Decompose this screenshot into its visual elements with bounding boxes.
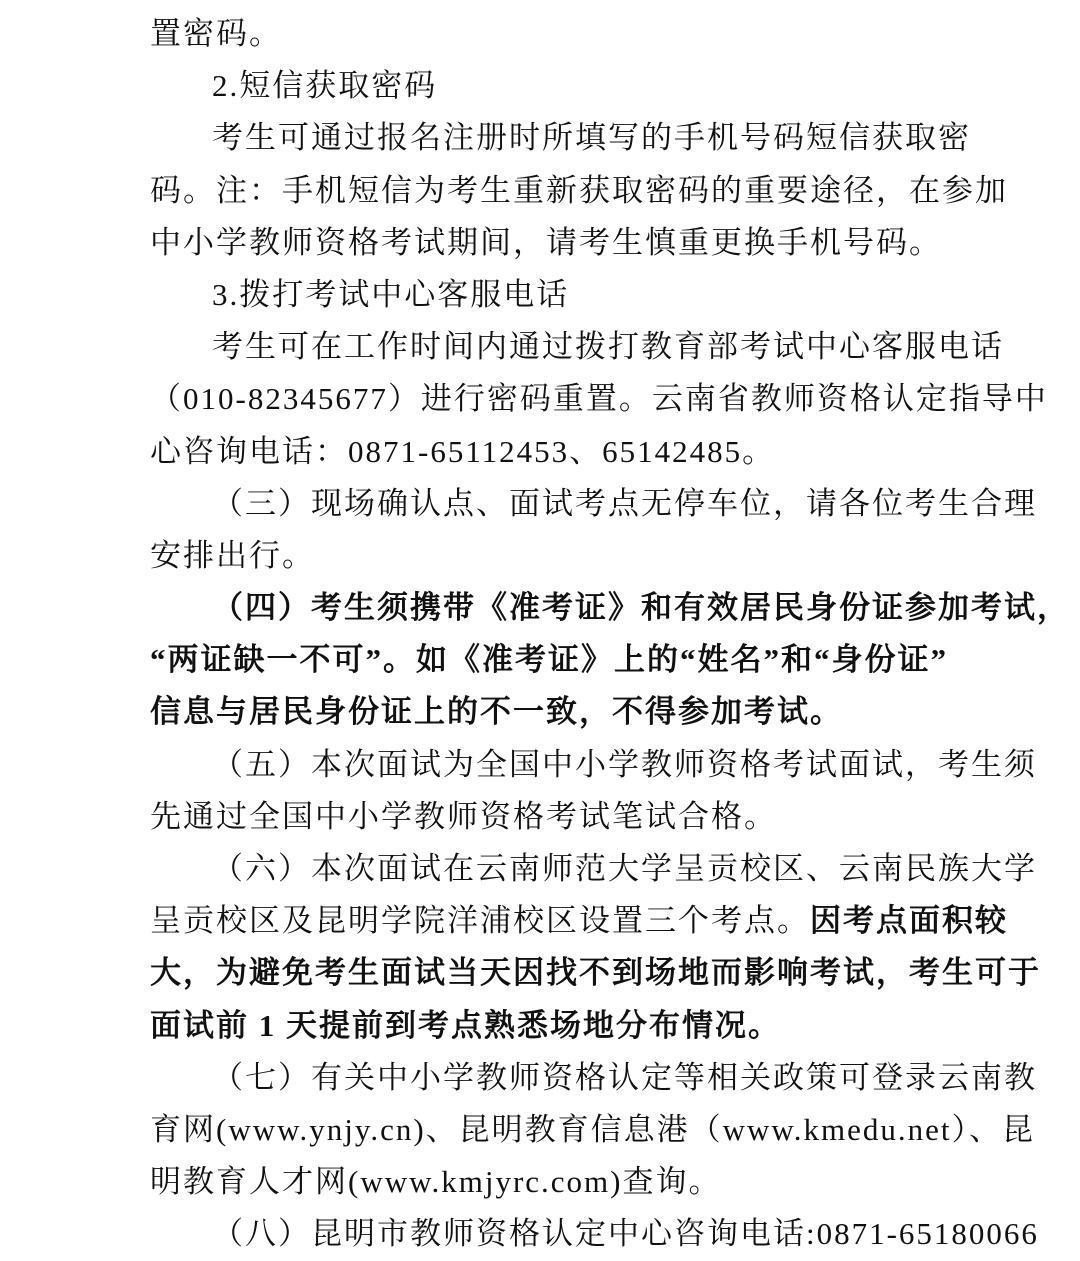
text-segment: （六）本次面试在云南师范大学呈贡校区、云南民族大学 — [212, 851, 1037, 886]
text-line: 3.拨打考试中心客服电话 — [150, 269, 942, 321]
bold-text-segment: “两证缺一不可”。如《准考证》上的“姓名”和“身份证” — [150, 642, 948, 677]
text-line: 置密码。 — [150, 8, 942, 60]
text-line: （010-82345677）进行密码重置。云南省教师资格认定指导中 — [150, 373, 942, 425]
text-segment: （七）有关中小学教师资格认定等相关政策可登录云南教 — [212, 1060, 1037, 1095]
text-segment: 2.短信获取密码 — [212, 68, 437, 103]
text-segment: 先通过全国中小学教师资格考试笔试合格。 — [150, 799, 777, 834]
text-line: 考生可在工作时间内通过拨打教育部考试中心客服电话 — [150, 321, 942, 373]
text-segment: 安排出行。 — [150, 538, 315, 573]
text-segment: 心咨询电话：0871-65112453、65142485。 — [150, 434, 775, 469]
text-segment: （五）本次面试为全国中小学教师资格考试面试，考生须 — [212, 747, 1037, 782]
text-segment: 3.拨打考试中心客服电话 — [212, 277, 569, 312]
text-line: 中小学教师资格考试期间，请考生慎重更换手机号码。 — [150, 217, 942, 269]
bold-text-segment: （四）考生须携带《准考证》和有效居民身份证参加考试， — [212, 590, 1070, 625]
document-text-block: 置密码。2.短信获取密码考生可通过报名注册时所填写的手机号码短信获取密码。注：手… — [150, 8, 942, 1261]
text-segment: 码。注：手机短信为考生重新获取密码的重要途径，在参加 — [150, 173, 1008, 208]
bold-text-segment: 面试前 1 天提前到考点熟悉场地分布情况。 — [150, 1008, 781, 1043]
bold-text-segment: 大，为避免考生面试当天因找不到场地而影响考试，考生可于 — [150, 955, 1041, 990]
text-line: 呈贡校区及昆明学院洋浦校区设置三个考点。因考点面积较 — [150, 895, 942, 947]
text-line: 安排出行。 — [150, 530, 942, 582]
text-line: （四）考生须携带《准考证》和有效居民身份证参加考试， — [150, 582, 942, 634]
text-segment: 呈贡校区及昆明学院洋浦校区设置三个考点。 — [150, 903, 810, 938]
text-line: 考生可通过报名注册时所填写的手机号码短信获取密 — [150, 112, 942, 164]
text-segment: 考生可通过报名注册时所填写的手机号码短信获取密 — [212, 120, 971, 155]
text-line: 育网(www.ynjy.cn)、昆明教育信息港（www.kmedu.net）、昆 — [150, 1104, 942, 1156]
text-segment: （三）现场确认点、面试考点无停车位，请各位考生合理 — [212, 486, 1037, 521]
text-line: 面试前 1 天提前到考点熟悉场地分布情况。 — [150, 1000, 942, 1052]
text-segment: 置密码。 — [150, 16, 282, 51]
text-line: （八）昆明市教师资格认定中心咨询电话:0871-65180066 — [150, 1208, 942, 1260]
text-line: “两证缺一不可”。如《准考证》上的“姓名”和“身份证” — [150, 634, 942, 686]
text-segment: 育网(www.ynjy.cn)、昆明教育信息港（www.kmedu.net）、昆 — [150, 1112, 1035, 1147]
text-line: （五）本次面试为全国中小学教师资格考试面试，考生须 — [150, 739, 942, 791]
bold-text-segment: 信息与居民身份证上的不一致，不得参加考试。 — [150, 694, 843, 729]
text-segment: 中小学教师资格考试期间，请考生慎重更换手机号码。 — [150, 225, 942, 260]
document-page: 置密码。2.短信获取密码考生可通过报名注册时所填写的手机号码短信获取密码。注：手… — [0, 0, 1080, 1261]
text-line: 2.短信获取密码 — [150, 60, 942, 112]
text-line: 码。注：手机短信为考生重新获取密码的重要途径，在参加 — [150, 165, 942, 217]
text-line: 心咨询电话：0871-65112453、65142485。 — [150, 426, 942, 478]
text-line: （三）现场确认点、面试考点无停车位，请各位考生合理 — [150, 478, 942, 530]
text-line: 先通过全国中小学教师资格考试笔试合格。 — [150, 791, 942, 843]
text-segment: （八）昆明市教师资格认定中心咨询电话:0871-65180066 — [212, 1216, 1039, 1251]
text-line: 明教育人才网(www.kmjyrc.com)查询。 — [150, 1156, 942, 1208]
text-line: 信息与居民身份证上的不一致，不得参加考试。 — [150, 686, 942, 738]
text-segment: 明教育人才网(www.kmjyrc.com)查询。 — [150, 1164, 721, 1199]
text-segment: （010-82345677）进行密码重置。云南省教师资格认定指导中 — [150, 381, 1048, 416]
text-line: 大，为避免考生面试当天因找不到场地而影响考试，考生可于 — [150, 947, 942, 999]
text-line: （七）有关中小学教师资格认定等相关政策可登录云南教 — [150, 1052, 942, 1104]
text-segment: 考生可在工作时间内通过拨打教育部考试中心客服电话 — [212, 329, 1004, 364]
text-line: （六）本次面试在云南师范大学呈贡校区、云南民族大学 — [150, 843, 942, 895]
bold-text-segment: 因考点面积较 — [810, 903, 1008, 938]
